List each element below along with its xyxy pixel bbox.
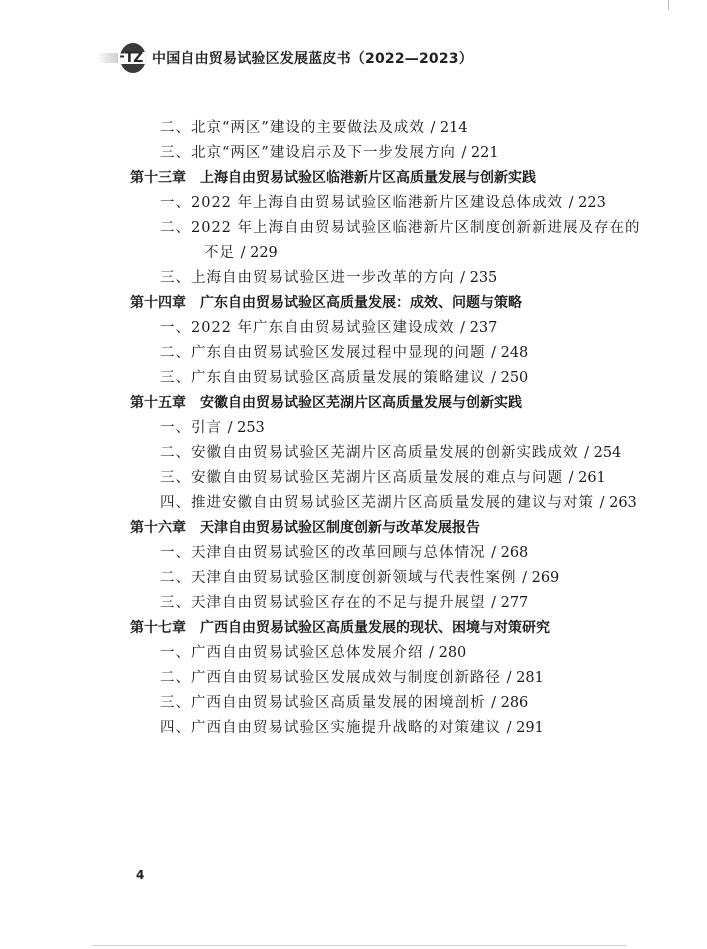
toc-section-entry: 一、广西自由贸易试验区总体发展介绍 / 280	[0, 641, 707, 666]
section-title: 一、天津自由贸易试验区的改革回顾与总体情况	[160, 545, 486, 561]
section-title: 二、北京“两区”建设的主要做法及成效	[160, 120, 425, 136]
page-edge-mark	[668, 0, 669, 10]
section-page-ref: / 214	[430, 120, 467, 136]
chapter-title: 广西自由贸易试验区高质量发展的现状、困境与对策研究	[200, 620, 550, 636]
section-title: 不足	[204, 245, 235, 261]
toc-section-entry: 三、安徽自由贸易试验区芜湖片区高质量发展的难点与问题 / 261	[0, 466, 707, 491]
toc-section-entry: 三、天津自由贸易试验区存在的不足与提升展望 / 277	[0, 591, 707, 616]
toc-section-entry: 一、天津自由贸易试验区的改革回顾与总体情况 / 268	[0, 541, 707, 566]
section-title: 三、安徽自由贸易试验区芜湖片区高质量发展的难点与问题	[160, 470, 563, 486]
section-title: 一、引言	[160, 420, 222, 436]
section-title: 一、广西自由贸易试验区总体发展介绍	[160, 645, 424, 661]
logo-bar-decoration	[96, 53, 118, 63]
toc-section-entry: 一、引言 / 253	[0, 416, 707, 441]
section-page-ref: / 269	[522, 570, 559, 586]
section-page-ref: / 221	[461, 145, 498, 161]
page-bottom-edge	[92, 945, 627, 946]
toc-section-entry: 二、天津自由贸易试验区制度创新领域与代表性案例 / 269	[0, 566, 707, 591]
section-title: 二、广西自由贸易试验区发展成效与制度创新路径	[160, 670, 501, 686]
toc-section-entry: 二、广东自由贸易试验区发展过程中显现的问题 / 248	[0, 341, 707, 366]
section-page-ref: / 281	[507, 670, 544, 686]
section-page-ref: / 229	[241, 245, 278, 261]
running-header: FTZ 中国自由贸易试验区发展蓝皮书（2022—2023）	[96, 43, 473, 73]
section-title: 一、2022 年上海自由贸易试验区临港新片区建设总体成效	[160, 195, 563, 211]
toc-section-entry: 四、广西自由贸易试验区实施提升战略的对策建议 / 291	[0, 716, 707, 741]
toc-section-entry: 二、2022 年上海自由贸易试验区临港新片区制度创新新进展及存在的	[0, 216, 707, 241]
section-title: 二、安徽自由贸易试验区芜湖片区高质量发展的创新实践成效	[160, 445, 579, 461]
toc-section-continuation: 不足 / 229	[0, 241, 707, 266]
section-page-ref: / 248	[491, 345, 528, 361]
toc-chapter-heading: 第十六章天津自由贸易试验区制度创新与改革发展报告	[0, 516, 707, 541]
toc-section-entry: 三、北京“两区”建设启示及下一步发展方向 / 221	[0, 141, 707, 166]
section-page-ref: / 237	[460, 320, 497, 336]
toc-section-entry: 三、广东自由贸易试验区高质量发展的策略建议 / 250	[0, 366, 707, 391]
section-page-ref: / 253	[228, 420, 265, 436]
section-page-ref: / 291	[507, 720, 544, 736]
chapter-number: 第十四章	[130, 291, 186, 316]
chapter-number: 第十五章	[130, 391, 186, 416]
book-title: 中国自由贸易试验区发展蓝皮书（2022—2023）	[152, 48, 473, 68]
toc-section-entry: 二、北京“两区”建设的主要做法及成效 / 214	[0, 116, 707, 141]
toc-chapter-heading: 第十五章安徽自由贸易试验区芜湖片区高质量发展与创新实践	[0, 391, 707, 416]
logo-text: FTZ	[120, 50, 142, 66]
section-title: 三、广东自由贸易试验区高质量发展的策略建议	[160, 370, 486, 386]
toc-chapter-heading: 第十七章广西自由贸易试验区高质量发展的现状、困境与对策研究	[0, 616, 707, 641]
section-page-ref: / 286	[491, 695, 528, 711]
section-page-ref: / 280	[429, 645, 466, 661]
section-title: 二、广东自由贸易试验区发展过程中显现的问题	[160, 345, 486, 361]
ftz-logo-icon: FTZ	[120, 43, 146, 73]
section-page-ref: / 254	[584, 445, 621, 461]
toc-section-entry: 二、广西自由贸易试验区发展成效与制度创新路径 / 281	[0, 666, 707, 691]
section-page-ref: / 261	[569, 470, 606, 486]
section-title: 二、天津自由贸易试验区制度创新领域与代表性案例	[160, 570, 517, 586]
toc-section-entry: 一、2022 年广东自由贸易试验区建设成效 / 237	[0, 316, 707, 341]
section-title: 三、上海自由贸易试验区进一步改革的方向	[160, 270, 455, 286]
toc-section-entry: 二、安徽自由贸易试验区芜湖片区高质量发展的创新实践成效 / 254	[0, 441, 707, 466]
section-title: 四、推进安徽自由贸易试验区芜湖片区高质量发展的建议与对策	[160, 495, 594, 511]
section-title: 三、天津自由贸易试验区存在的不足与提升展望	[160, 595, 486, 611]
section-title: 二、2022 年上海自由贸易试验区临港新片区制度创新新进展及存在的	[160, 220, 641, 236]
section-title: 一、2022 年广东自由贸易试验区建设成效	[160, 320, 455, 336]
chapter-number: 第十六章	[130, 516, 186, 541]
section-title: 四、广西自由贸易试验区实施提升战略的对策建议	[160, 720, 501, 736]
chapter-title: 广东自由贸易试验区高质量发展：成效、问题与策略	[200, 295, 522, 311]
chapter-title: 安徽自由贸易试验区芜湖片区高质量发展与创新实践	[200, 395, 522, 411]
toc-section-entry: 三、广西自由贸易试验区高质量发展的困境剖析 / 286	[0, 691, 707, 716]
section-title: 三、北京“两区”建设启示及下一步发展方向	[160, 145, 456, 161]
chapter-title: 天津自由贸易试验区制度创新与改革发展报告	[200, 520, 480, 536]
chapter-number: 第十七章	[130, 616, 186, 641]
section-page-ref: / 250	[491, 370, 528, 386]
section-title: 三、广西自由贸易试验区高质量发展的困境剖析	[160, 695, 486, 711]
section-page-ref: / 263	[600, 495, 637, 511]
section-page-ref: / 277	[491, 595, 528, 611]
section-page-ref: / 268	[491, 545, 528, 561]
section-page-ref: / 223	[569, 195, 606, 211]
toc-section-entry: 四、推进安徽自由贸易试验区芜湖片区高质量发展的建议与对策 / 263	[0, 491, 707, 516]
toc-section-entry: 一、2022 年上海自由贸易试验区临港新片区建设总体成效 / 223	[0, 191, 707, 216]
table-of-contents: 二、北京“两区”建设的主要做法及成效 / 214三、北京“两区”建设启示及下一步…	[0, 116, 707, 741]
page-number: 4	[136, 868, 144, 882]
toc-chapter-heading: 第十三章上海自由贸易试验区临港新片区高质量发展与创新实践	[0, 166, 707, 191]
section-page-ref: / 235	[460, 270, 497, 286]
toc-section-entry: 三、上海自由贸易试验区进一步改革的方向 / 235	[0, 266, 707, 291]
toc-chapter-heading: 第十四章广东自由贸易试验区高质量发展：成效、问题与策略	[0, 291, 707, 316]
chapter-title: 上海自由贸易试验区临港新片区高质量发展与创新实践	[200, 170, 536, 186]
chapter-number: 第十三章	[130, 166, 186, 191]
